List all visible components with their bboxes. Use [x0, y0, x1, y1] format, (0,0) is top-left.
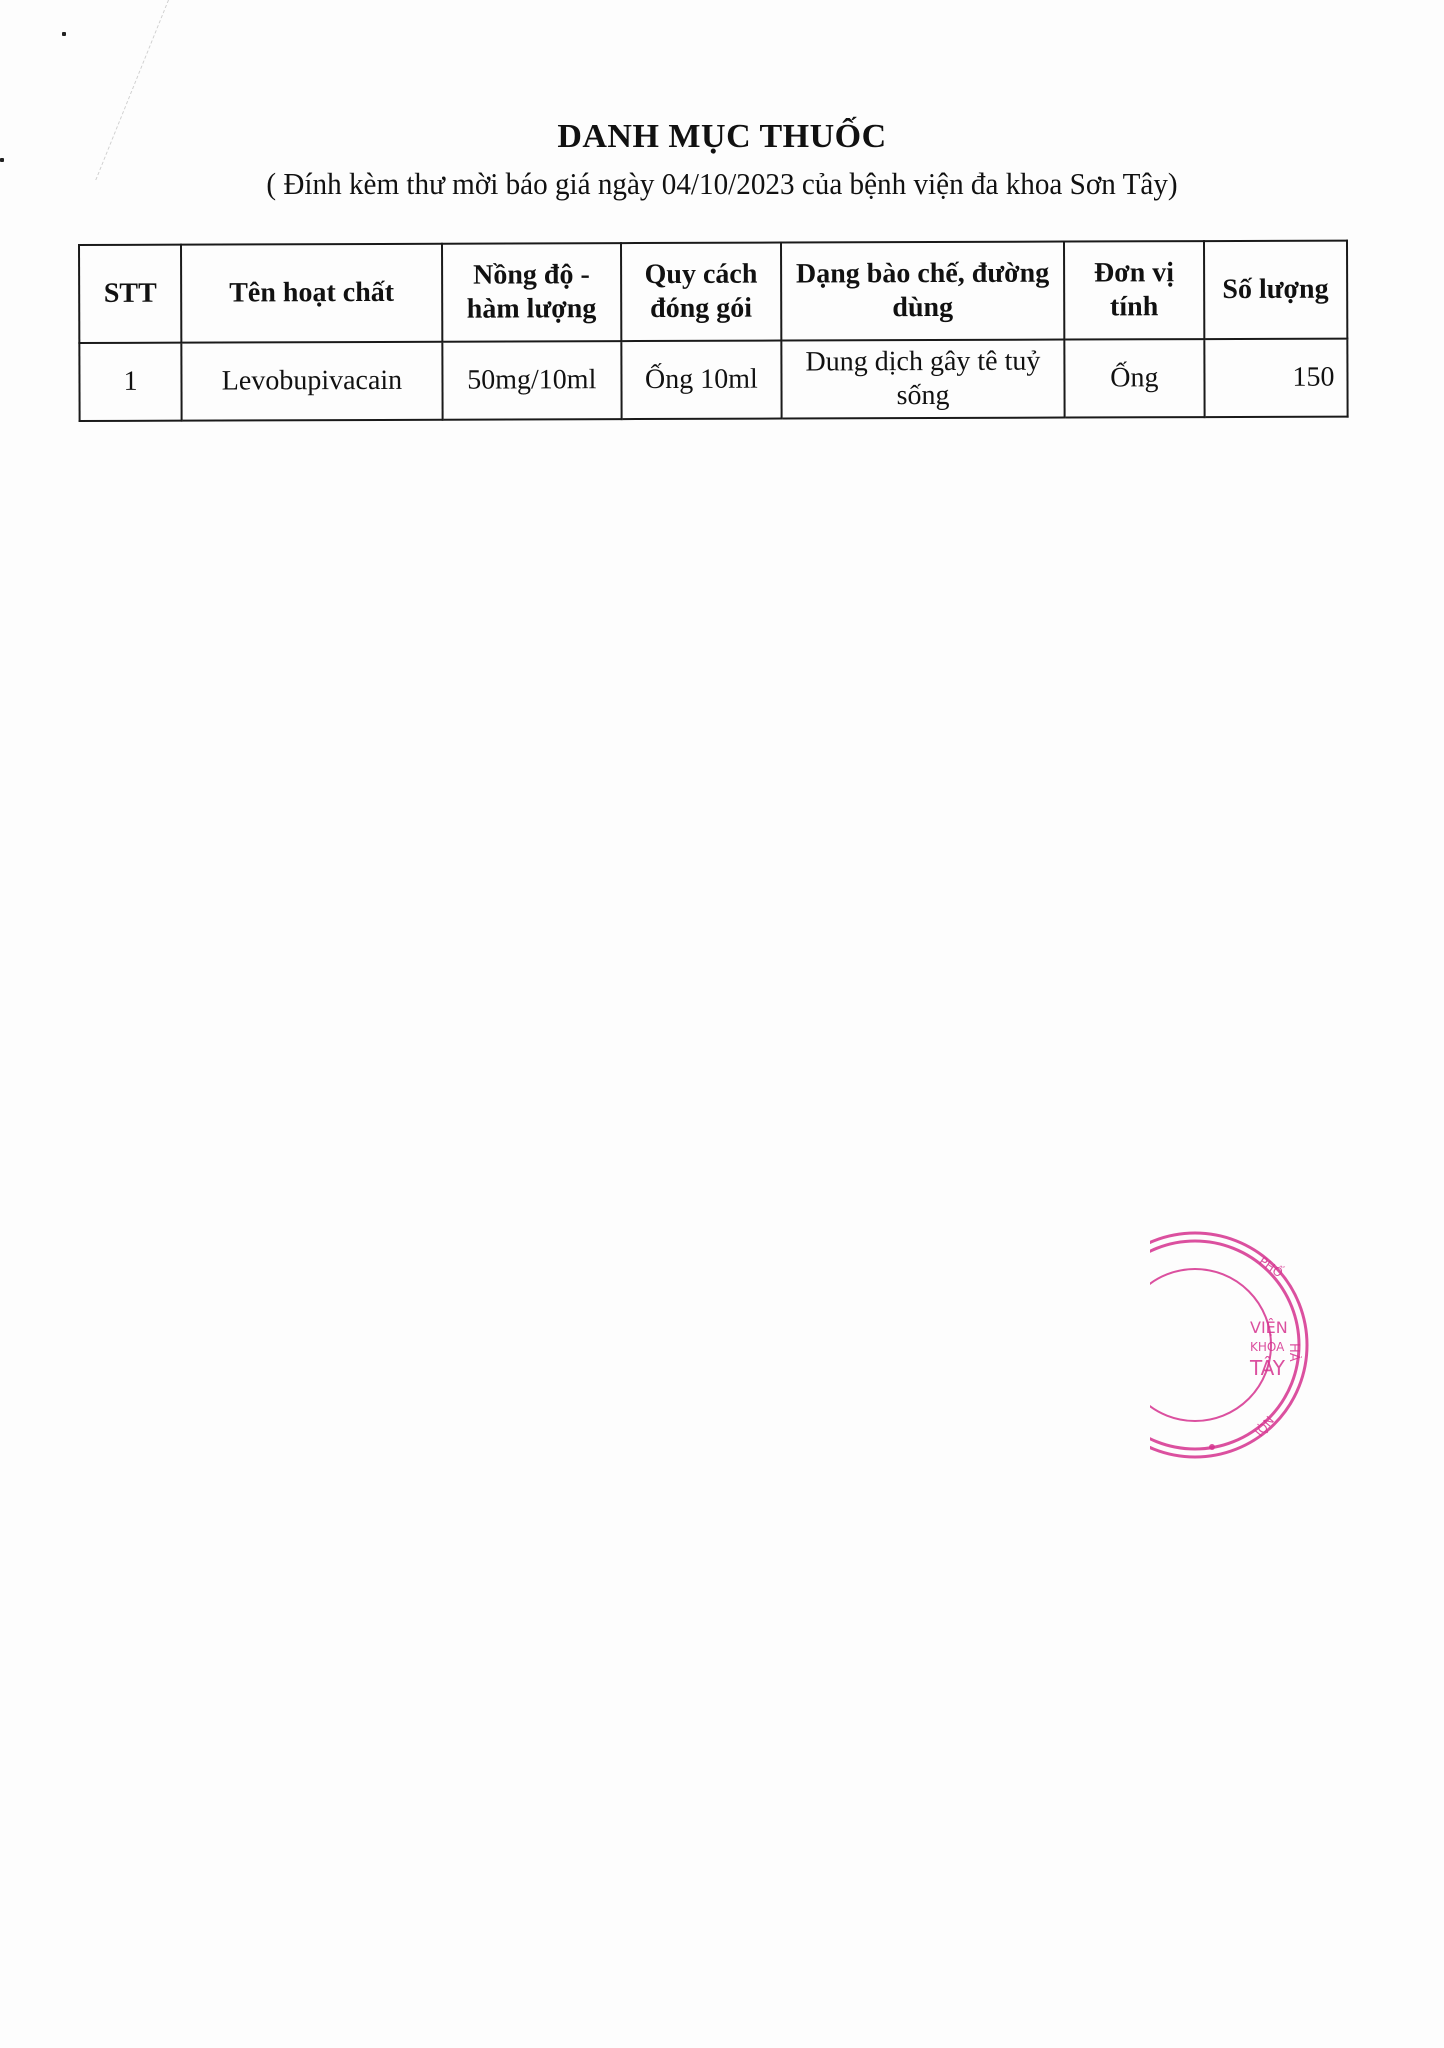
svg-text:NỘI: NỘI: [1252, 1413, 1278, 1439]
cell-concentration: 50mg/10ml: [442, 341, 621, 420]
scan-speck: [0, 158, 4, 162]
svg-text:TÂY: TÂY: [1249, 1356, 1286, 1380]
header-dosage-form: Dạng bào chế, đường dùng: [781, 242, 1065, 341]
drug-list-table: STT Tên hoạt chất Nồng độ - hàm lượng Qu…: [78, 240, 1349, 422]
scan-speck: [62, 32, 66, 36]
svg-text:KHOA: KHOA: [1250, 1340, 1285, 1354]
header-quantity: Số lượng: [1204, 241, 1348, 339]
cell-active-ingredient: Levobupivacain: [182, 342, 443, 421]
cell-stt: 1: [79, 343, 182, 421]
header-stt: STT: [79, 245, 182, 343]
hospital-stamp: VIỆN KHOA TÂY PHỐ HÀ NỘI: [1150, 1225, 1370, 1465]
header-packaging: Quy cách đóng gói: [621, 243, 781, 342]
cell-quantity: 150: [1204, 339, 1348, 417]
cell-unit: Ống: [1064, 339, 1204, 417]
stamp-seal-icon: VIỆN KHOA TÂY PHỐ HÀ NỘI: [1150, 1225, 1370, 1465]
document-title: DANH MỤC THUỐC: [0, 118, 1444, 156]
cell-packaging: Ống 10ml: [621, 341, 781, 420]
document-subtitle: ( Đính kèm thư mời báo giá ngày 04/10/20…: [43, 166, 1400, 202]
header-active-ingredient: Tên hoạt chất: [181, 244, 442, 343]
svg-text:HÀ: HÀ: [1286, 1343, 1302, 1362]
header-unit: Đơn vị tính: [1064, 241, 1204, 339]
table-row: 1 Levobupivacain 50mg/10ml Ống 10ml Dung…: [79, 339, 1347, 421]
table-header-row: STT Tên hoạt chất Nồng độ - hàm lượng Qu…: [79, 241, 1347, 343]
svg-text:VIỆN: VIỆN: [1250, 1318, 1288, 1337]
header-concentration: Nồng độ - hàm lượng: [442, 243, 621, 342]
cell-dosage-form: Dung dịch gây tê tuỷ sống: [781, 340, 1065, 419]
